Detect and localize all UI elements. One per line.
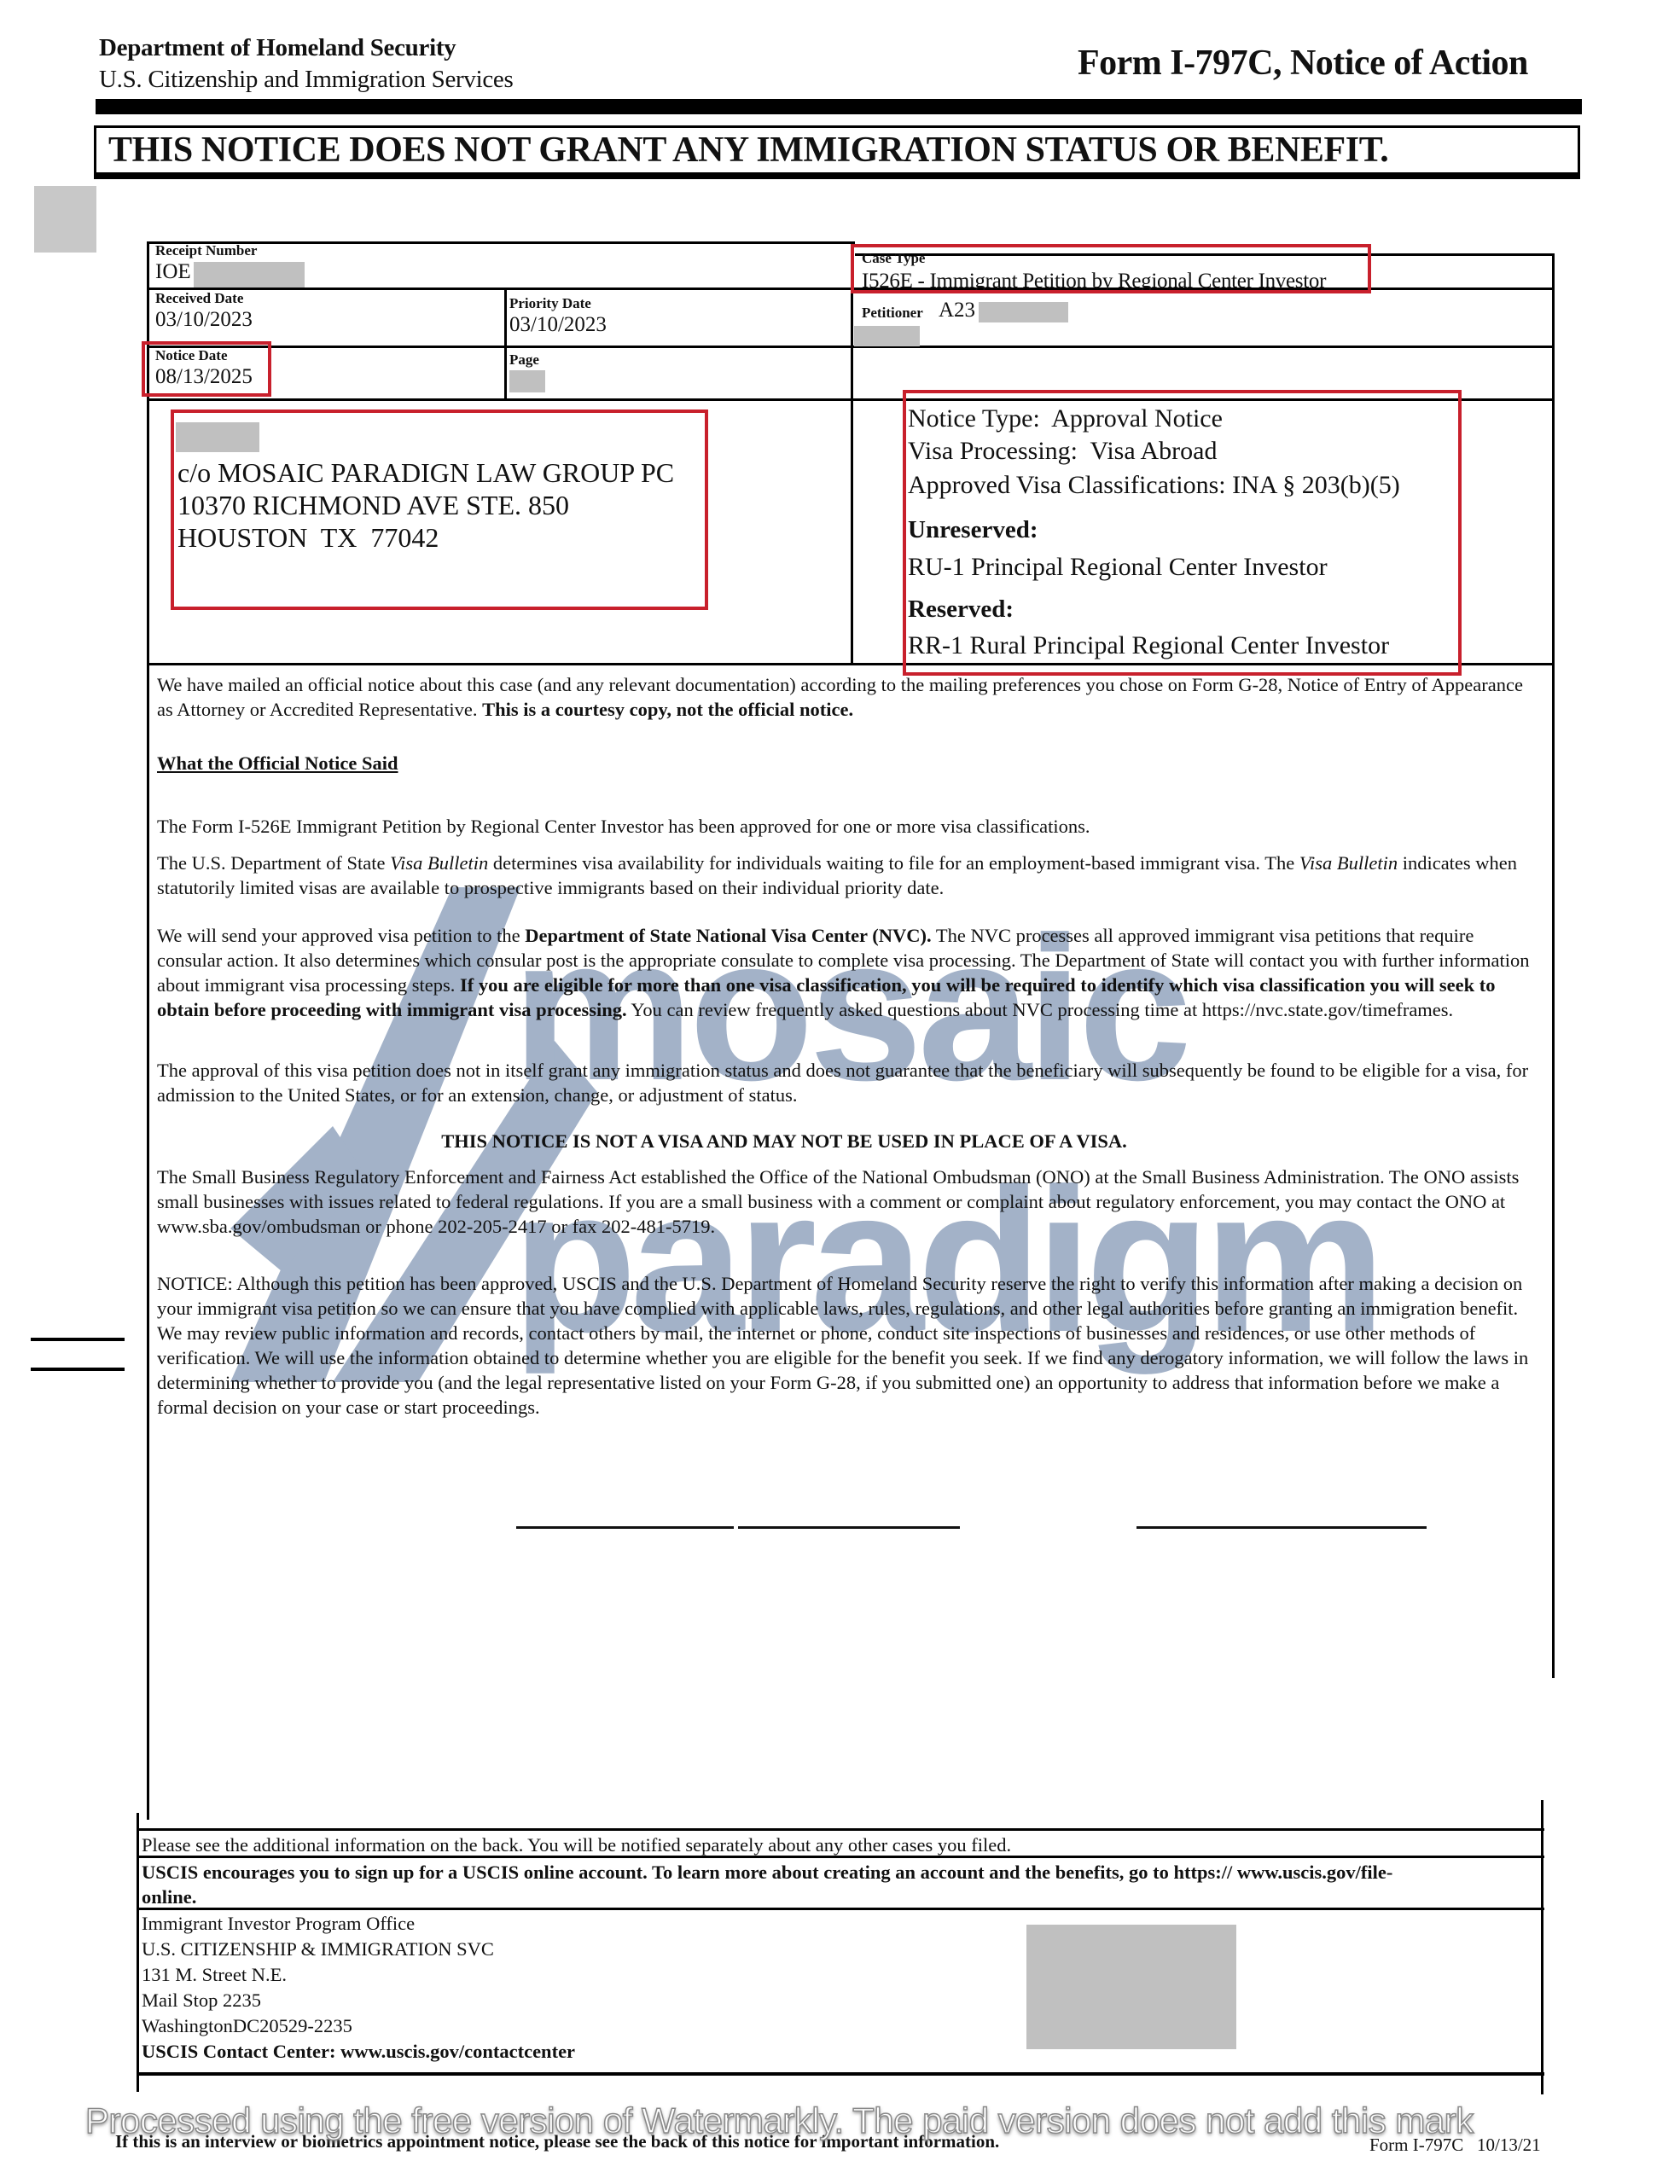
banner-rule	[94, 175, 1580, 179]
redaction-petitioner-id	[979, 302, 1068, 322]
received-date-value: 03/10/2023	[155, 308, 253, 332]
highlight-case-type	[851, 244, 1371, 293]
contact-center-link[interactable]: USCIS Contact Center: www.uscis.gov/cont…	[142, 2039, 575, 2065]
courtesy-emphasis: This is a courtesy copy, not the officia…	[482, 699, 853, 720]
scan-line	[1136, 1526, 1427, 1529]
visa-bulletin-title: Visa Bulletin	[390, 852, 488, 874]
frame-right	[1552, 253, 1555, 1678]
redaction-barcode	[1026, 1925, 1236, 2049]
visa-bulletin-paragraph: The U.S. Department of State Visa Bullet…	[157, 851, 1535, 900]
redaction-receipt-number	[194, 262, 305, 288]
receipt-number-value: IOE	[155, 260, 191, 284]
margin-mark	[31, 1368, 125, 1371]
agency-subname: U.S. Citizenship and Immigration Service…	[99, 66, 513, 94]
office-city: WashingtonDC20529-2235	[142, 2013, 575, 2039]
text: determines visa availability for individ…	[488, 852, 1299, 874]
frame-left	[147, 241, 149, 1820]
margin-mark	[31, 1338, 125, 1341]
office-street: 131 M. Street N.E.	[142, 1962, 575, 1988]
scan-corner-mark	[34, 186, 96, 253]
verification-notice-paragraph: NOTICE: Although this petition has been …	[157, 1271, 1535, 1420]
no-status-paragraph: The approval of this visa petition does …	[157, 1058, 1535, 1107]
online-account-note: USCIS encourages you to sign up for a US…	[142, 1860, 1421, 1909]
footer-rule	[137, 1856, 1544, 1858]
highlight-notice-summary	[903, 390, 1462, 676]
additional-info-note: Please see the additional information on…	[142, 1834, 1011, 1856]
approval-paragraph: The Form I-526E Immigrant Petition by Re…	[157, 814, 1535, 839]
not-a-visa-notice: THIS NOTICE IS NOT A VISA AND MAY NOT BE…	[157, 1129, 1411, 1153]
text: The U.S. Department of State	[157, 852, 390, 874]
nvc-paragraph: We will send your approved visa petition…	[157, 923, 1535, 1022]
page-label: Page	[509, 351, 539, 369]
footer-rule	[137, 1908, 1544, 1910]
tool-watermark-text: Processed using the free version of Wate…	[85, 2100, 1474, 2141]
highlight-mailing-address	[171, 409, 708, 610]
text: You can review frequently asked question…	[627, 999, 1454, 1020]
agency-name: Department of Homeland Security	[99, 34, 456, 62]
nvc-emphasis: Department of State National Visa Center…	[525, 925, 931, 946]
header-rule	[96, 99, 1582, 114]
grid-divider	[504, 288, 507, 398]
uscis-office-address: Immigrant Investor Program Office U.S. C…	[142, 1911, 575, 2065]
petitioner-label: Petitioner	[862, 305, 923, 322]
status-disclaimer-banner: THIS NOTICE DOES NOT GRANT ANY IMMIGRATI…	[94, 125, 1580, 175]
redaction-petitioner-name	[854, 326, 920, 346]
priority-date-value: 03/10/2023	[509, 313, 607, 337]
form-title: Form I-797C, Notice of Action	[1078, 43, 1528, 84]
redaction-page	[509, 370, 545, 392]
grid-divider	[851, 241, 853, 663]
courtesy-copy-paragraph: We have mailed an official notice about …	[157, 672, 1535, 722]
petitioner-value: A23	[939, 299, 975, 322]
text: We will send your approved visa petition…	[157, 925, 525, 946]
office-mailstop: Mail Stop 2235	[142, 1988, 575, 2013]
visa-bulletin-title: Visa Bulletin	[1299, 852, 1398, 874]
scan-line	[516, 1526, 734, 1529]
office-name: Immigrant Investor Program Office	[142, 1911, 575, 1937]
scan-line	[738, 1526, 960, 1529]
priority-date-label: Priority Date	[509, 295, 591, 312]
footer-frame-right	[1541, 1800, 1543, 2094]
footer-rule	[137, 1828, 1544, 1831]
highlight-notice-date	[142, 341, 271, 397]
received-date-label: Received Date	[155, 290, 243, 307]
receipt-number-label: Receipt Number	[155, 242, 257, 259]
footer-rule	[137, 2072, 1544, 2076]
ombudsman-paragraph: The Small Business Regulatory Enforcemen…	[157, 1165, 1535, 1239]
section-heading: What the Official Notice Said	[157, 751, 398, 775]
office-agency: U.S. CITIZENSHIP & IMMIGRATION SVC	[142, 1937, 575, 1962]
